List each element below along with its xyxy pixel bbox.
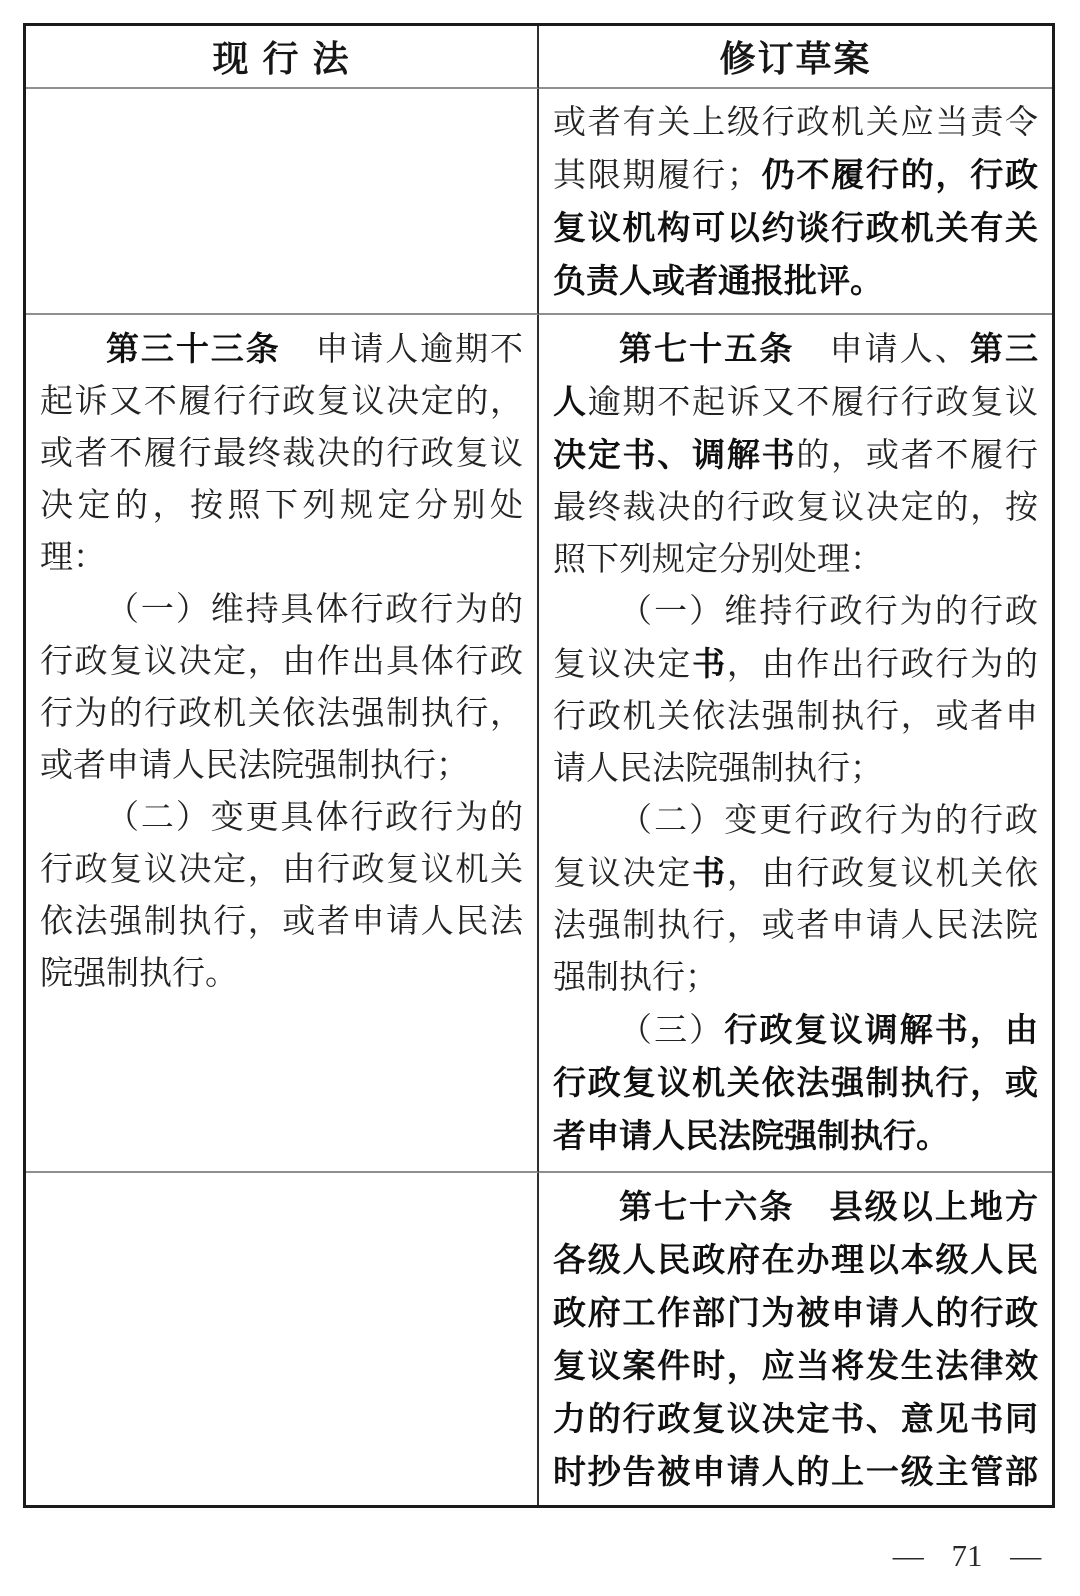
paragraph: （一）维持具体行政行为的行政复议决定，由作出具体行政行为的行政机关依法强制执行，… <box>40 584 523 792</box>
body-text: 申请人、 <box>794 332 969 368</box>
paragraph: （二）变更具体行政行为的行政复议决定，由行政复议机关依法强制执行，或者申请人民法… <box>40 792 523 1000</box>
column-header-revised-draft: 修订草案 <box>539 26 1052 89</box>
law-comparison-table: 现 行 法 修订草案 或者有关上级行政机关应当责令其限期履行；仍不履行的，行政复… <box>23 23 1055 1508</box>
page-number: — 71 — <box>882 1538 1052 1574</box>
body-text: （二）变更具体行政行为的行政复议决定，由行政复议机关依法强制执行，或者申请人民法… <box>40 800 523 992</box>
paragraph: 第七十六条 县级以上地方各级人民政府在办理以本级人民政府工作部门为被申请人的行政… <box>553 1181 1038 1505</box>
cell-revised-draft-row-2: 第七十五条 申请人、第三人逾期不起诉又不履行行政复议决定书、调解书的，或者不履行… <box>539 315 1052 1173</box>
document-page: 现 行 法 修订草案 或者有关上级行政机关应当责令其限期履行；仍不履行的，行政复… <box>0 0 1080 1596</box>
cell-revised-draft-row-1: 或者有关上级行政机关应当责令其限期履行；仍不履行的，行政复议机构可以约谈行政机关… <box>539 89 1052 315</box>
paragraph: 第七十五条 申请人、第三人逾期不起诉又不履行行政复议决定书、调解书的，或者不履行… <box>553 323 1038 586</box>
bold-revision-text: 第三十三条 <box>106 330 281 367</box>
bold-revision-text: 第七十六条 县级以上地方各级人民政府在办理以本级人民政府工作部门为被申请人的行政… <box>553 1188 1038 1505</box>
cell-current-law-row-2: 第三十三条 申请人逾期不起诉又不履行行政复议决定的，或者不履行最终裁决的行政复议… <box>26 315 539 1173</box>
paragraph: （一）维持行政行为的行政复议决定书，由作出行政行为的行政机关依法强制执行，或者申… <box>553 586 1038 795</box>
body-text: （一）维持具体行政行为的行政复议决定，由作出具体行政行为的行政机关依法强制执行，… <box>40 592 523 784</box>
bold-revision-text: 第七十五条 <box>619 330 794 367</box>
bold-revision-text: 决定书、调解书 <box>553 436 796 473</box>
cell-revised-draft-row-3: 第七十六条 县级以上地方各级人民政府在办理以本级人民政府工作部门为被申请人的行政… <box>539 1173 1052 1505</box>
paragraph: 第三十三条 申请人逾期不起诉又不履行行政复议决定的，或者不履行最终裁决的行政复议… <box>40 323 523 584</box>
bold-revision-text: 书 <box>692 645 727 682</box>
body-text: 逾期不起诉又不履行行政复议 <box>588 385 1038 421</box>
paragraph: 或者有关上级行政机关应当责令其限期履行；仍不履行的，行政复议机构可以约谈行政机关… <box>553 97 1038 308</box>
paragraph: （三）行政复议调解书，由行政复议机关依法强制执行，或者申请人民法院强制执行。 <box>553 1004 1038 1163</box>
body-text: 申请人逾期不起诉又不履行行政复议决定的，或者不履行最终裁决的行政复议决定的，按照… <box>40 332 523 576</box>
bold-revision-text: 书 <box>692 854 727 891</box>
cell-current-law-row-1 <box>26 89 539 315</box>
paragraph: （二）变更行政行为的行政复议决定书，由行政复议机关依法强制执行，或者申请人民法院… <box>553 795 1038 1004</box>
body-text: （三） <box>619 1013 724 1049</box>
cell-current-law-row-3 <box>26 1173 539 1505</box>
column-header-current-law: 现 行 法 <box>26 26 539 89</box>
